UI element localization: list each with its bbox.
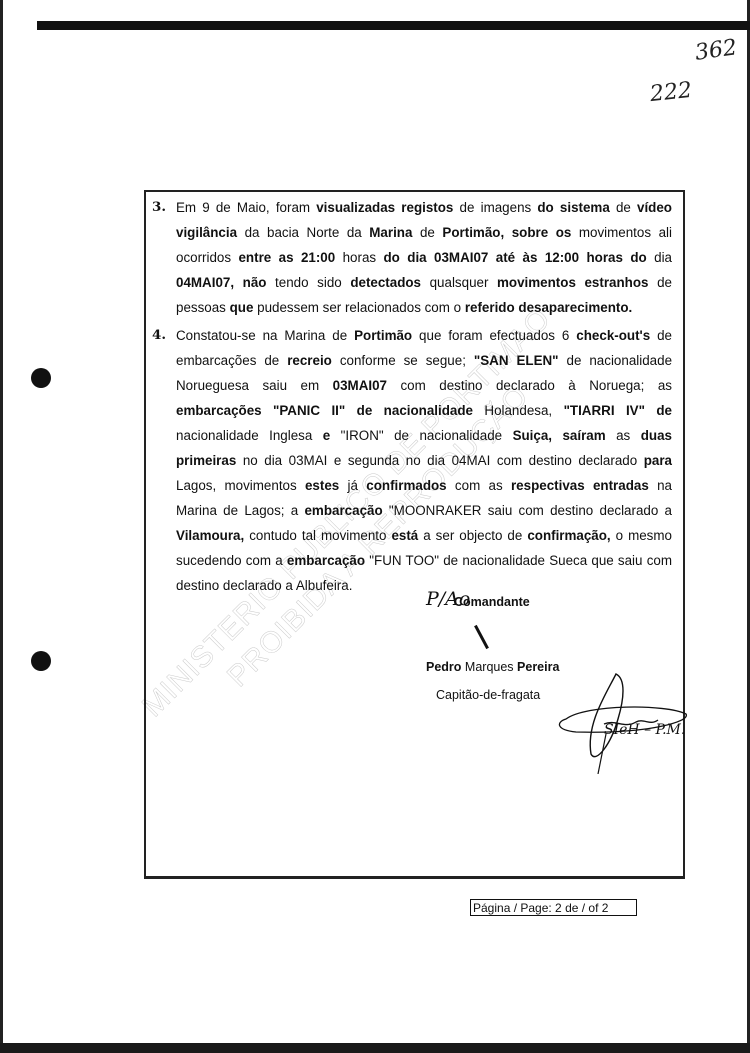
text-segment: que (230, 300, 254, 315)
punch-hole-icon (31, 368, 51, 388)
text-segment: Lagos, movimentos (176, 478, 305, 493)
paragraph-4: 4. Constatou-se na Marina de Portimão qu… (176, 323, 672, 598)
text-segment: a ser objecto de (418, 528, 527, 543)
punch-hole-icon (31, 651, 51, 671)
handwritten-initials: SIeH – P.M. (604, 722, 685, 738)
text-segment: "IRON" de nacionalidade (330, 428, 512, 443)
handwritten-secondary-number: 222 (649, 78, 693, 107)
text-segment: confirmados (366, 478, 446, 493)
handwritten-page-number: 362 (693, 35, 738, 66)
text-segment: Suiça, saíram (513, 428, 606, 443)
signatory-title: Comandante (454, 595, 530, 609)
text-segment: entre as 21:00 (238, 250, 335, 265)
text-segment: dia (647, 250, 672, 265)
text-segment: as (606, 428, 641, 443)
text-segment: "TIARRI IV" de (564, 403, 672, 418)
text-segment: Constatou-se na Marina de (176, 328, 354, 343)
paragraph-3: 3. Em 9 de Maio, foram visualizadas regi… (176, 195, 672, 320)
text-segment: movimentos estranhos (497, 275, 648, 290)
text-segment: check-out's (576, 328, 650, 343)
text-segment: embarcação (287, 553, 365, 568)
text-segment: no dia 03MAI e segunda no dia 04MAI com … (236, 453, 643, 468)
signatory-name: Pedro Marques Pereira (426, 660, 559, 674)
text-segment: Marina (369, 225, 412, 240)
text-segment: respectivas entradas (511, 478, 649, 493)
signature-scribble-icon (546, 664, 696, 774)
text-segment: Holandesa, (473, 403, 564, 418)
text-segment: para (644, 453, 672, 468)
text-segment: "SAN ELEN" (474, 353, 559, 368)
scan-edge-bottom (0, 1043, 750, 1053)
text-segment: do sistema (537, 200, 609, 215)
text-segment: Em 9 de Maio, foram (176, 200, 316, 215)
text-segment: de (610, 200, 637, 215)
text-segment: contudo tal movimento (244, 528, 391, 543)
name-first: Pedro (426, 660, 461, 674)
text-segment: confirmação, (527, 528, 610, 543)
name-middle: Marques (461, 660, 517, 674)
text-segment: conforme se segue; (332, 353, 474, 368)
text-segment: da bacia Norte da (237, 225, 369, 240)
text-segment: Portimão (354, 328, 412, 343)
page-indicator: Página / Page: 2 de / of 2 (470, 899, 637, 916)
text-segment: Portimão, sobre os (442, 225, 571, 240)
paragraph-body: Constatou-se na Marina de Portimão que f… (176, 328, 672, 593)
text-segment: "MOONRAKER saiu com destino declarado a (383, 503, 672, 518)
text-segment: de imagens (453, 200, 537, 215)
slash-mark-icon (474, 625, 489, 649)
text-segment: com destino declarado à Noruega; as (387, 378, 672, 393)
text-segment: estes (305, 478, 339, 493)
text-segment: de (412, 225, 442, 240)
signatory-rank: Capitão-de-fragata (436, 688, 540, 702)
text-segment: pudessem ser relacionados com o (253, 300, 464, 315)
document-frame: 3. Em 9 de Maio, foram visualizadas regi… (144, 190, 685, 879)
text-segment: embarcação (304, 503, 382, 518)
text-segment: 04MAI07, não (176, 275, 266, 290)
text-segment: visualizadas registos (316, 200, 453, 215)
text-segment: 03MAI07 (333, 378, 387, 393)
text-segment: já (339, 478, 366, 493)
text-segment: qualsquer (421, 275, 497, 290)
text-segment: horas (335, 250, 383, 265)
text-segment: embarcações "PANIC II" de nacionalidade (176, 403, 473, 418)
text-segment: recreio (287, 353, 332, 368)
header-rule (37, 21, 750, 30)
text-segment: com as (447, 478, 511, 493)
paragraph-number: 4. (152, 323, 166, 348)
text-segment: detectados (350, 275, 421, 290)
text-segment: referido desaparecimento. (465, 300, 632, 315)
text-segment: Vilamoura, (176, 528, 244, 543)
paragraph-number: 3. (152, 195, 166, 220)
text-segment: está (391, 528, 418, 543)
text-segment: nacionalidade Inglesa (176, 428, 323, 443)
scan-edge-left (0, 0, 3, 1053)
text-segment: que foram efectuados 6 (412, 328, 576, 343)
text-segment: do dia 03MAI07 até às 12:00 horas do (384, 250, 647, 265)
text-segment: tendo sido (266, 275, 350, 290)
paragraph-body: Em 9 de Maio, foram visualizadas registo… (176, 200, 672, 315)
